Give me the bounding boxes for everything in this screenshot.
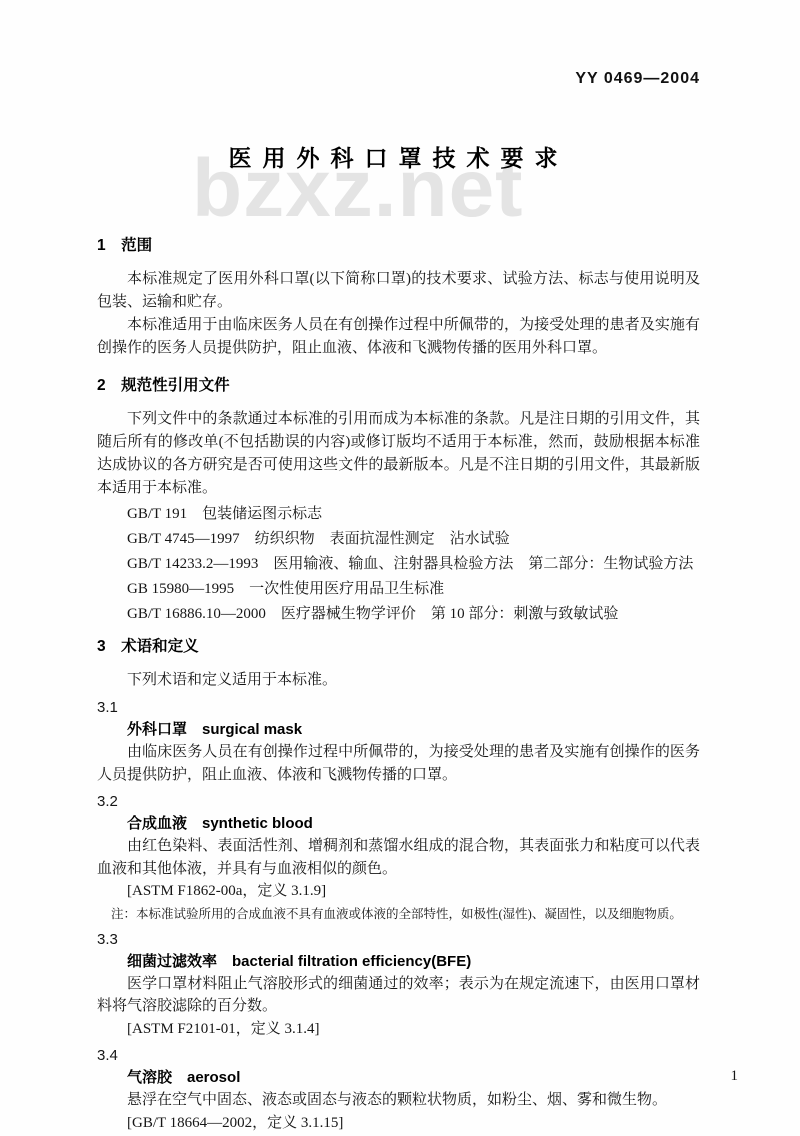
term-number: 3.3 xyxy=(97,929,700,951)
term-number: 3.1 xyxy=(97,697,700,719)
term-number: 3.2 xyxy=(97,791,700,813)
standard-number: YY 0469—2004 xyxy=(97,70,700,88)
term-definition: 由红色染料、表面活性剂、增稠剂和蒸馏水组成的混合物，其表面张力和粘度可以代表血液… xyxy=(97,835,700,880)
section-2-paragraph-1: 下列文件中的条款通过本标准的引用而成为本标准的条款。凡是注日期的引用文件，其随后… xyxy=(97,408,700,500)
section-1-paragraph-2: 本标准适用于由临床医务人员在有创操作过程中所佩带的，为接受处理的患者及实施有创操… xyxy=(97,314,700,360)
term-name: 细菌过滤效率 bacterial filtration efficiency(B… xyxy=(97,951,700,973)
term-definition: 悬浮在空气中固态、液态或固态与液态的颗粒状物质，如粉尘、烟、雾和微生物。 xyxy=(97,1089,700,1112)
reference-item: GB/T 4745—1997 纺织织物 表面抗湿性测定 沾水试验 xyxy=(127,527,700,552)
section-1-paragraph-1: 本标准规定了医用外科口罩(以下简称口罩)的技术要求、试验方法、标志与使用说明及包… xyxy=(97,268,700,314)
term-3-4: 3.4 气溶胶 aerosol 悬浮在空气中固态、液态或固态与液态的颗粒状物质，… xyxy=(97,1045,700,1134)
term-3-1: 3.1 外科口罩 surgical mask 由临床医务人员在有创操作过程中所佩… xyxy=(97,697,700,786)
term-source-reference: [ASTM F1862-00a，定义 3.1.9] xyxy=(97,880,700,903)
term-definition: 医学口罩材料阻止气溶胶形式的细菌通过的效率；表示为在规定流速下，由医用口罩材料将… xyxy=(97,973,700,1018)
term-definition: 由临床医务人员在有创操作过程中所佩带的，为接受处理的患者及实施有创操作的医务人员… xyxy=(97,741,700,786)
title-area: bzxz.net 医用外科口罩技术要求 xyxy=(97,88,700,192)
document-page: YY 0469—2004 bzxz.net 医用外科口罩技术要求 1 范围 本标… xyxy=(0,0,800,1136)
term-source-reference: [ASTM F2101-01，定义 3.1.4] xyxy=(97,1018,700,1041)
section-1-heading: 1 范围 xyxy=(97,236,700,256)
page-number: 1 xyxy=(731,1068,739,1085)
term-source-reference: [GB/T 18664—2002，定义 3.1.15] xyxy=(97,1112,700,1135)
section-2-heading: 2 规范性引用文件 xyxy=(97,376,700,396)
section-3-heading: 3 术语和定义 xyxy=(97,637,700,657)
reference-item: GB/T 16886.10—2000 医疗器械生物学评价 第 10 部分：刺激与… xyxy=(127,602,700,627)
term-3-2: 3.2 合成血液 synthetic blood 由红色染料、表面活性剂、增稠剂… xyxy=(97,791,700,924)
reference-item: GB/T 191 包装储运图示标志 xyxy=(127,502,700,527)
normative-references-list: GB/T 191 包装储运图示标志 GB/T 4745—1997 纺织织物 表面… xyxy=(97,502,700,627)
term-name: 气溶胶 aerosol xyxy=(97,1067,700,1089)
document-title: 医用外科口罩技术要求 xyxy=(97,88,700,173)
term-3-3: 3.3 细菌过滤效率 bacterial filtration efficien… xyxy=(97,929,700,1041)
reference-item: GB/T 14233.2—1993 医用输液、输血、注射器具检验方法 第二部分：… xyxy=(127,552,700,577)
reference-item: GB 15980—1995 一次性使用医疗用品卫生标准 xyxy=(127,577,700,602)
term-name: 外科口罩 surgical mask xyxy=(97,719,700,741)
term-name: 合成血液 synthetic blood xyxy=(97,813,700,835)
section-3-intro: 下列术语和定义适用于本标准。 xyxy=(97,669,700,692)
term-note: 注：本标准试验所用的合成血液不具有血液或体液的全部特性，如极性(湿性)、凝固性，… xyxy=(97,905,700,924)
term-number: 3.4 xyxy=(97,1045,700,1067)
